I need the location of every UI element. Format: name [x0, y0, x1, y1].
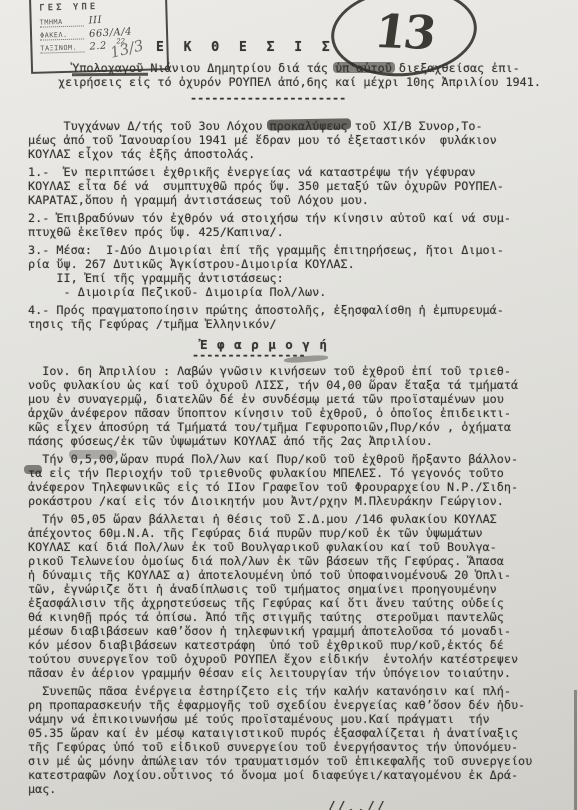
stamp-row-file: ΦΑΚΕΛ. 663/Α/4 — [40, 26, 161, 40]
document-page: ΓΕΣ ΥΠΕ ΤΜΗΜΑ ΙΙΙ ΦΑΚΕΛ. 663/Α/4 ΤΑΞΙΝΟΜ… — [0, 0, 578, 810]
scan-edge-artifact — [574, 690, 577, 810]
paragraph-mission-1: 1.- Ἐν περιπτώσει ἐχθρικῆς ἐνεργείας νά … — [28, 165, 552, 207]
report-subtitle: Ὑπολοχαγοῦ Νιάνιου Δημητρίου διά τάς ὑπ’… — [58, 61, 552, 89]
report-title: Ε Κ Θ Ε Σ Ι Σ — [156, 40, 552, 55]
stamp-org-label: ΓΕΣ ΥΠΕ — [39, 0, 160, 13]
stamp-file-value: 663/Α/4 — [88, 26, 132, 40]
paragraph-application-2: Τήν 0,5,00,ὥραν πυρά Πολ/λων καί Πυρ/κοῦ… — [28, 452, 552, 508]
stamp-department-value: ΙΙΙ — [88, 15, 102, 27]
paragraph-mission-3-means: 3.- Μέσα: Ι-Δύο Διμοιρίαι ἐπί τῆς γραμμῆ… — [28, 243, 552, 299]
section-heading-application: Ἐ φ α ρ μ ο γ ή ---------------- — [200, 337, 552, 358]
paragraph-mission-2: 2.- Ἐπιβραδύνων τόν ἐχθρόν νά στοιχήσω τ… — [28, 211, 552, 239]
stamp-department-label: ΤΜΗΜΑ — [40, 17, 84, 27]
divider-dashes: ---------------------- — [190, 93, 552, 103]
paragraph-intro: Τυγχάνων Δ/τής τοῦ 3ου Λόχου προκαλύψεως… — [28, 119, 552, 161]
paragraph-application-4: Συνεπῶς πᾶσα ἐνέργεια ἐστηρίζετο εἰς τήν… — [28, 684, 552, 796]
stamp-row-department: ΤΜΗΜΑ ΙΙΙ — [40, 13, 161, 27]
paragraph-application-1: Ιον. 6η Ἀπριλίου : Λαβών γνῶσιν κινήσεων… — [28, 364, 552, 448]
closing-mark: //..// — [328, 800, 552, 810]
section-heading-underline: ---------------- — [192, 352, 552, 358]
paragraph-application-3: Τήν 05,05 ὥραν βάλλεται ἡ θέσις τοῦ Σ.Δ.… — [28, 512, 552, 680]
paragraph-mission-4: 4.- Πρός πραγματοποίησιν πρώτης ἀποστολῆ… — [28, 303, 552, 331]
